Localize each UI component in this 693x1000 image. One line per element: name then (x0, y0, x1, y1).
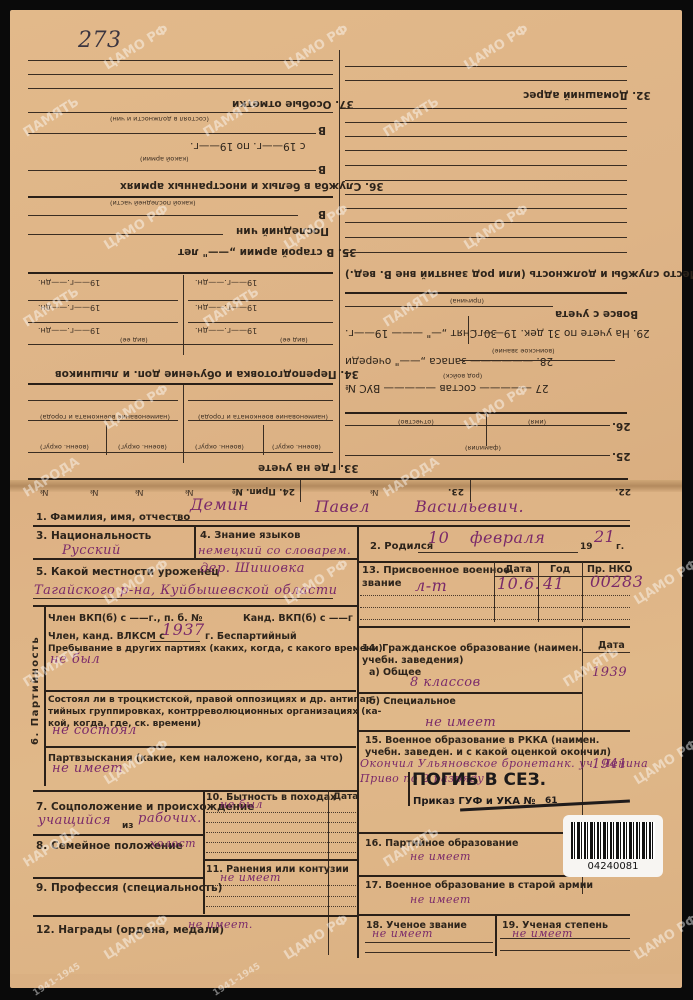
field-25-label: 25. (612, 450, 631, 462)
special-education-value: не имеет (425, 715, 496, 730)
date-row: 19——г.——дн. (195, 278, 257, 287)
rule (500, 950, 630, 951)
penalties-value: не имеет (52, 761, 123, 776)
general-education-date: 1939 (592, 665, 627, 680)
field-14-label-2: учебн. заведения) (362, 655, 463, 666)
social-status-value: учащийся (38, 813, 111, 828)
rule (345, 150, 627, 151)
rank-year-value: 41 (543, 574, 564, 593)
field-6-label: 6. Партийность (30, 636, 41, 745)
patronymic-value: Васильевич. (415, 497, 524, 516)
label-last-rank: Последний чин (236, 225, 329, 237)
rule (495, 914, 497, 956)
hint-text: (какой армии) (140, 155, 189, 163)
date-row: 19——г.——дн. (195, 303, 257, 312)
rule (360, 607, 630, 608)
birthplace-value-2: Тагайского р-на, Куйбышевской области (34, 583, 338, 598)
rule (345, 208, 627, 209)
rule (357, 875, 582, 877)
awards-value: не имеет. (188, 918, 253, 931)
rule (28, 478, 628, 480)
field-14b-label: б) Специальное (369, 696, 456, 707)
rule (206, 842, 356, 843)
rule (357, 692, 582, 694)
rule (33, 598, 333, 599)
field-15-label-1: 15. Военное образование в РККА (наимен. (365, 735, 599, 746)
field-35-label: 35. В старой армии „——" лет (178, 246, 357, 258)
hint-text: (какой последней части) (110, 199, 196, 207)
rule (28, 74, 333, 75)
rank-order-value: 00283 (590, 572, 643, 591)
field-36-label: 36. Служба в белых и иностранных армиях (120, 180, 384, 192)
rule (28, 196, 333, 198)
field-31-label: 31. Место службы и должность (или род за… (345, 268, 693, 280)
hint-text: (вид ее) (280, 336, 308, 344)
rule (486, 414, 487, 446)
rule (183, 275, 184, 355)
field-32-label: 32. Домашний адрес (523, 89, 651, 101)
opposition-label-2: тийных группировках, контрреволюционных … (48, 707, 381, 717)
general-education-value: 8 классов (410, 675, 481, 690)
rule (188, 400, 333, 401)
rule (345, 80, 627, 81)
rule (263, 425, 264, 455)
rule (28, 112, 333, 113)
rule (345, 122, 627, 123)
rule (33, 834, 203, 836)
rule (345, 66, 627, 67)
rule (175, 520, 630, 521)
hint-text: (род войск) (443, 372, 482, 380)
rule (360, 619, 630, 620)
col-date-header: Дата (598, 640, 625, 651)
hint-text: № (370, 488, 378, 497)
barcode-label: 04240081 (563, 815, 663, 877)
party-education-value: не имеет (410, 850, 471, 863)
field-3-label: 3. Национальность (36, 530, 151, 542)
rule (345, 222, 627, 223)
rule (357, 526, 359, 630)
opposition-value: не состоял (52, 723, 137, 738)
hint-text: (фамилия) (465, 444, 501, 452)
field-34-label: 34. Переподготовка и обучение доп. и лыш… (55, 368, 359, 380)
birth-year-prefix: 19 (580, 542, 593, 552)
label-vovse: Вовсе с учета (555, 308, 638, 320)
barcode-number: 04240081 (563, 861, 663, 872)
rule (345, 292, 627, 294)
stamp-border (408, 772, 410, 806)
date-row: 19——г.——дн. (38, 303, 100, 312)
hint-text: (военн. округ) (272, 443, 321, 451)
rule (206, 906, 356, 907)
military-education-date: 1941 (592, 757, 627, 772)
name-value: Павел (315, 497, 370, 516)
label-v: В (318, 124, 326, 136)
social-origin-value: рабочих. (138, 811, 202, 826)
rule (44, 746, 356, 748)
rule (33, 877, 203, 879)
birth-year-value: 21 (594, 527, 615, 546)
field-5-label: 5. Какой местности уроженец (36, 566, 219, 578)
field-30-label: 30. Снят „—" ——— 19——г. (345, 327, 497, 339)
rule (28, 300, 178, 301)
hint-text: № (90, 488, 98, 497)
hint-text: (состоял в должности и чин) (110, 115, 209, 123)
date-range: с 19——г. по 19——г. (190, 140, 306, 152)
date-row: 19——г.——дн. (38, 278, 100, 287)
campaigns-value: не был (220, 798, 263, 811)
rule (28, 383, 333, 385)
rule (494, 562, 495, 622)
field-33-label: 33. Где на учете (258, 462, 359, 474)
rule (28, 452, 333, 453)
rule (357, 626, 359, 958)
rule (206, 812, 356, 813)
academic-title-value: не имеет (372, 927, 433, 940)
rule (33, 558, 358, 560)
rule (345, 237, 627, 238)
hint-text: № (135, 488, 143, 497)
vlksm-rest-label: г. Беспартийный (205, 631, 297, 642)
rule (106, 425, 107, 455)
rule (300, 480, 301, 502)
rule (44, 606, 46, 786)
rule (345, 194, 627, 195)
hint-text: (причина) (450, 297, 484, 305)
rule (206, 822, 356, 823)
rank-date-value: 10.6. (497, 574, 540, 593)
hint-text: (вид ее) (120, 336, 148, 344)
old-army-education-value: не имеет (410, 893, 471, 906)
hint-text: (военн. округ) (40, 443, 89, 451)
rule (28, 88, 333, 89)
rule (28, 60, 333, 61)
rule (28, 272, 333, 274)
birth-year-suffix: г. (616, 542, 624, 552)
date-row: 19——г.——дн. (195, 326, 257, 335)
rule (460, 360, 615, 361)
rule (365, 952, 493, 953)
rule (582, 652, 630, 653)
upper-divider (339, 50, 340, 470)
rule (188, 420, 333, 421)
fold-line (10, 480, 682, 492)
col-date-header: Дата (333, 792, 358, 802)
rule (365, 942, 493, 943)
rule (33, 525, 630, 527)
field-14-label-1: 14. Гражданское образование (наимен. (362, 643, 582, 654)
hint-text: (военн. округ) (118, 443, 167, 451)
field-28-label: 28. —————— запаса „——" очереди (345, 355, 553, 367)
hint-text: (воинское звание) (492, 347, 555, 355)
rule (28, 420, 178, 421)
birth-month-value: февраля (470, 528, 545, 547)
rule (206, 832, 356, 833)
label-v: В (318, 163, 326, 175)
hint-text: (военн. округ) (195, 443, 244, 451)
field-13-label-2: звание (362, 578, 402, 589)
birth-day-value: 10 (428, 528, 449, 547)
rule (500, 938, 630, 939)
death-stamp-line-1: ПОГИБ В СЕЗ. (412, 770, 546, 790)
field-13-label-1: 13. Присвоенное военное (362, 565, 510, 576)
field-17-label: 17. Военное образование в старой армии (365, 880, 593, 891)
rule (28, 215, 298, 216)
rule (345, 108, 627, 109)
rule (345, 306, 553, 307)
rule (28, 234, 223, 235)
rule (360, 595, 630, 596)
nationality-value: Русский (62, 543, 121, 558)
rule (194, 526, 196, 558)
hint-text: № (40, 488, 48, 497)
rule (357, 626, 630, 628)
archive-number: 273 (78, 28, 122, 53)
rule (345, 180, 627, 181)
opposition-label-1: Состоял ли в троцкистской, правой оппози… (48, 695, 376, 705)
languages-value: немецкий со словарем. (198, 543, 351, 557)
rule (206, 885, 356, 886)
birthplace-value-1: дер. Шишовка (200, 561, 305, 576)
rule (206, 852, 356, 853)
rule (28, 133, 316, 134)
vlksm-label: Член, канд. ВЛКСМ с (48, 631, 165, 642)
rule (28, 170, 316, 171)
field-29-label: 29. На учете по 31 дек. 19——г. (474, 327, 650, 339)
field-26-label: 26. (612, 420, 631, 432)
field-27-label: 27 ————— состав ————— ВУС № (345, 382, 549, 394)
rule (345, 455, 610, 456)
field-37-label: 37. Особые отметки (232, 98, 354, 110)
rule (357, 832, 582, 834)
vkp-candidate-label: Канд. ВКП(б) с ——г (243, 613, 353, 624)
field-4-label: 4. Знание языков (200, 530, 300, 541)
date-row: 19——г.——дн. (38, 326, 100, 335)
field-2-label: 2. Родился (370, 541, 433, 552)
rank-value: л-т (415, 576, 447, 595)
vlksm-year-value: 1937 (162, 620, 205, 639)
rule (418, 552, 578, 553)
rule (28, 400, 178, 401)
field-23-label: 23. (448, 486, 464, 496)
rule (203, 859, 358, 861)
field-9-label: 9. Профессия (специальность) (36, 882, 222, 894)
field-22-label: 22. (615, 486, 631, 496)
surname-value: Демин (190, 495, 249, 514)
marital-status-value: холост (150, 837, 196, 850)
label-v: В (318, 208, 326, 220)
field-16-label: 16. Партийное образование (365, 838, 518, 849)
rule (345, 425, 610, 426)
label-iz: из (122, 821, 134, 831)
rule (206, 896, 356, 897)
rule (345, 252, 627, 253)
rule (44, 690, 356, 692)
rule (188, 322, 333, 323)
rule (357, 914, 630, 916)
rule (345, 136, 627, 137)
rule (28, 344, 333, 345)
other-parties-value: не был (50, 652, 100, 667)
rule (582, 562, 583, 622)
rule (188, 300, 333, 301)
wounds-value: не имеет (220, 871, 281, 884)
rule (33, 605, 358, 607)
rule (28, 322, 178, 323)
field-1-label: 1. Фамилия, имя, отчество (36, 512, 190, 523)
rule (345, 165, 627, 166)
rule (357, 730, 630, 732)
rule (150, 641, 200, 642)
rule (33, 915, 358, 917)
barcode-bars (571, 822, 655, 859)
